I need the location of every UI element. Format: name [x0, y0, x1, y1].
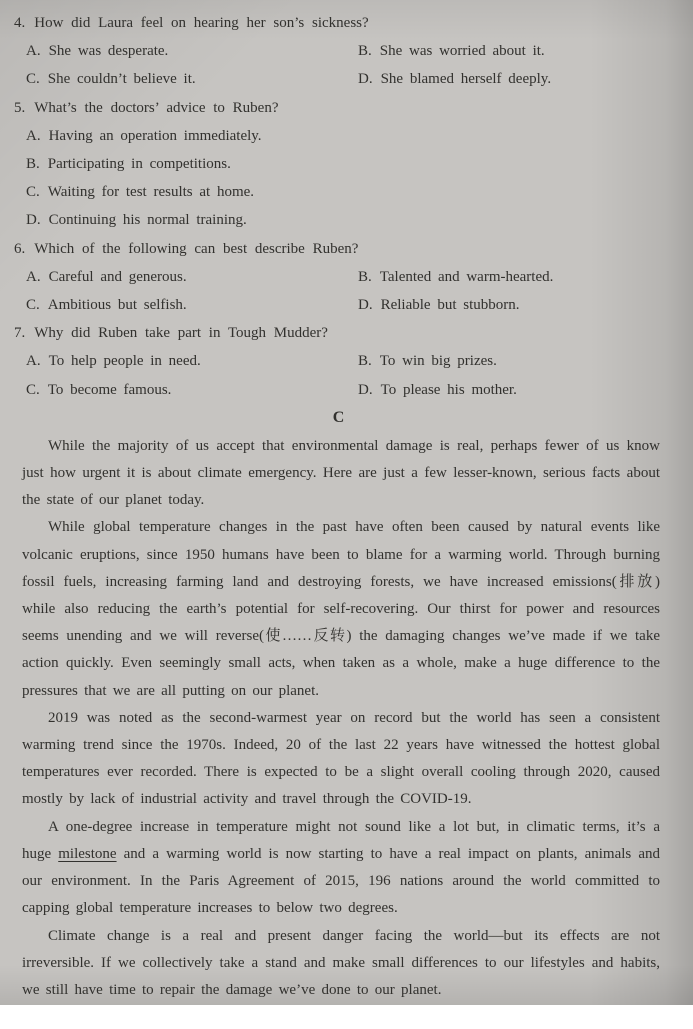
question-4-number: 4.: [14, 15, 25, 31]
option-4b: B.She was worried about it.: [358, 37, 545, 65]
question-5-text: 5.What’s the doctors’ advice to Ruben?: [14, 94, 663, 122]
option-4a: A.She was desperate.: [26, 37, 358, 65]
option-4c: C.She couldn’t believe it.: [26, 65, 358, 93]
option-5d: D.Continuing his normal training.: [26, 206, 663, 234]
question-7-number: 7.: [14, 325, 25, 341]
question-7: 7.Why did Ruben take part in Tough Mudde…: [14, 319, 663, 404]
scanned-exam-page: 4.How did Laura feel on hearing her son’…: [0, 0, 693, 1005]
option-7a: A.To help people in need.: [26, 347, 358, 375]
page-bottom-margin: [0, 1005, 693, 1029]
passage-paragraph-4: A one-degree increase in temperature mig…: [22, 814, 660, 923]
question-7-text: 7.Why did Ruben take part in Tough Mudde…: [14, 319, 663, 347]
question-6-number: 6.: [14, 241, 25, 257]
questions-section: 4.How did Laura feel on hearing her son’…: [14, 9, 663, 404]
option-5a: A.Having an operation immediately.: [26, 122, 663, 150]
question-7-options: A.To help people in need. B.To win big p…: [26, 347, 663, 403]
option-6c: C.Ambitious but selfish.: [26, 291, 358, 319]
question-6-text: 6.Which of the following can best descri…: [14, 235, 663, 263]
reading-passage: While the majority of us accept that env…: [22, 433, 660, 1004]
question-5-number: 5.: [14, 100, 25, 116]
option-7c: C.To become famous.: [26, 376, 358, 404]
question-4: 4.How did Laura feel on hearing her son’…: [14, 9, 663, 94]
option-7b: B.To win big prizes.: [358, 347, 497, 375]
option-5b: B.Participating in competitions.: [26, 150, 663, 178]
option-6b: B.Talented and warm-hearted.: [358, 263, 553, 291]
passage-paragraph-2: While global temperature changes in the …: [22, 514, 660, 704]
option-4d: D.She blamed herself deeply.: [358, 65, 551, 93]
passage-paragraph-1: While the majority of us accept that env…: [22, 433, 660, 515]
question-6-options: A.Careful and generous. B.Talented and w…: [26, 263, 663, 319]
option-7d: D.To please his mother.: [358, 376, 517, 404]
question-4-text: 4.How did Laura feel on hearing her son’…: [14, 9, 663, 37]
underlined-word-milestone: milestone: [58, 846, 116, 862]
question-5-options: A.Having an operation immediately. B.Par…: [26, 122, 663, 235]
question-6: 6.Which of the following can best descri…: [14, 235, 663, 320]
passage-paragraph-3: 2019 was noted as the second-warmest yea…: [22, 705, 660, 814]
question-4-options: A.She was desperate. B.She was worried a…: [26, 37, 663, 93]
question-5: 5.What’s the doctors’ advice to Ruben? A…: [14, 94, 663, 235]
option-5c: C.Waiting for test results at home.: [26, 178, 663, 206]
passage-paragraph-5: Climate change is a real and present dan…: [22, 923, 660, 1005]
passage-section-heading: C: [14, 404, 663, 432]
option-6d: D.Reliable but stubborn.: [358, 291, 520, 319]
option-6a: A.Careful and generous.: [26, 263, 358, 291]
